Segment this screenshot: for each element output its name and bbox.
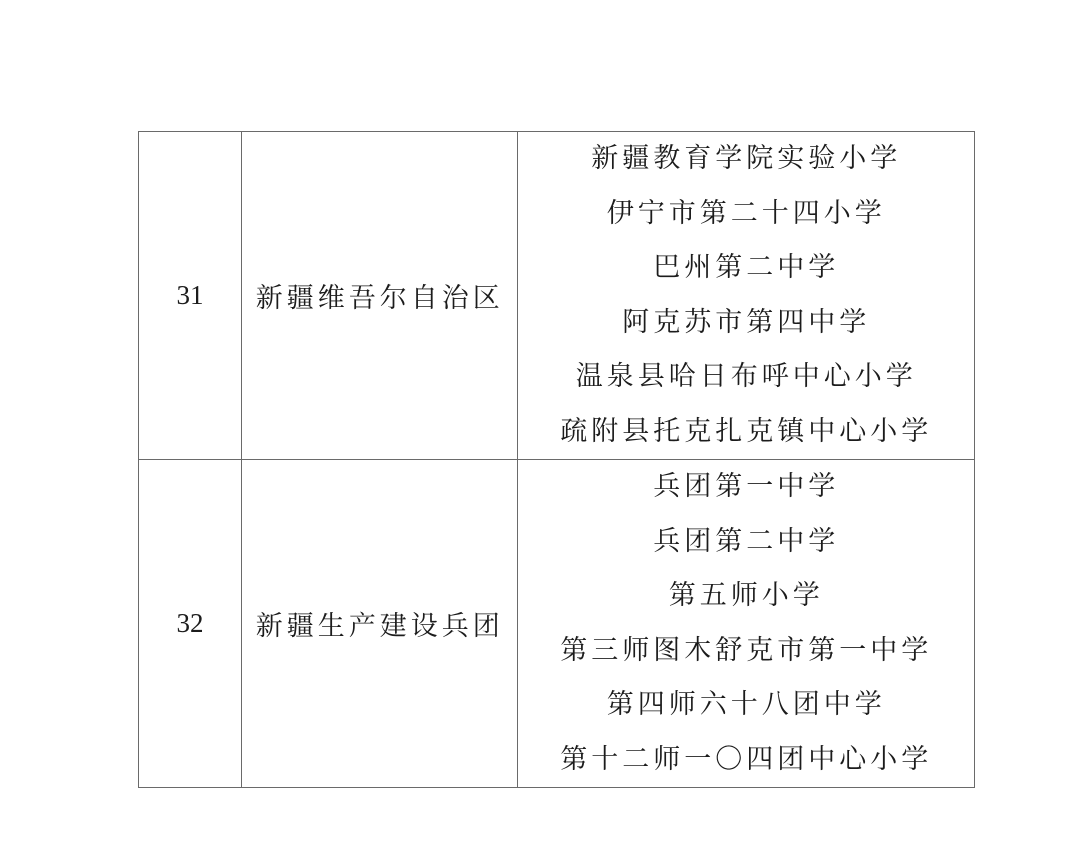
school-item: 阿克苏市第四中学: [518, 296, 974, 351]
school-item: 巴州第二中学: [518, 241, 974, 296]
table-row: 32 新疆生产建设兵团 兵团第一中学 兵团第二中学 第五师小学 第三师图木舒克市…: [139, 460, 975, 788]
school-list-table: 31 新疆维吾尔自治区 新疆教育学院实验小学 伊宁市第二十四小学 巴州第二中学 …: [138, 131, 975, 788]
school-item: 第十二师一〇四团中心小学: [518, 733, 974, 788]
school-item: 伊宁市第二十四小学: [518, 187, 974, 242]
schools-cell: 新疆教育学院实验小学 伊宁市第二十四小学 巴州第二中学 阿克苏市第四中学 温泉县…: [518, 132, 975, 460]
school-item: 温泉县哈日布呼中心小学: [518, 350, 974, 405]
schools-cell: 兵团第一中学 兵团第二中学 第五师小学 第三师图木舒克市第一中学 第四师六十八团…: [518, 460, 975, 788]
school-list: 兵团第一中学 兵团第二中学 第五师小学 第三师图木舒克市第一中学 第四师六十八团…: [518, 460, 974, 787]
school-item: 第四师六十八团中学: [518, 678, 974, 733]
school-item: 兵团第一中学: [518, 460, 974, 515]
school-item: 第五师小学: [518, 569, 974, 624]
school-item: 疏附县托克扎克镇中心小学: [518, 405, 974, 460]
row-number: 31: [139, 132, 242, 460]
school-list: 新疆教育学院实验小学 伊宁市第二十四小学 巴州第二中学 阿克苏市第四中学 温泉县…: [518, 132, 974, 459]
region-name: 新疆维吾尔自治区: [242, 132, 518, 460]
school-item: 第三师图木舒克市第一中学: [518, 624, 974, 679]
region-name: 新疆生产建设兵团: [242, 460, 518, 788]
school-item: 新疆教育学院实验小学: [518, 132, 974, 187]
school-item: 兵团第二中学: [518, 515, 974, 570]
table-row: 31 新疆维吾尔自治区 新疆教育学院实验小学 伊宁市第二十四小学 巴州第二中学 …: [139, 132, 975, 460]
row-number: 32: [139, 460, 242, 788]
